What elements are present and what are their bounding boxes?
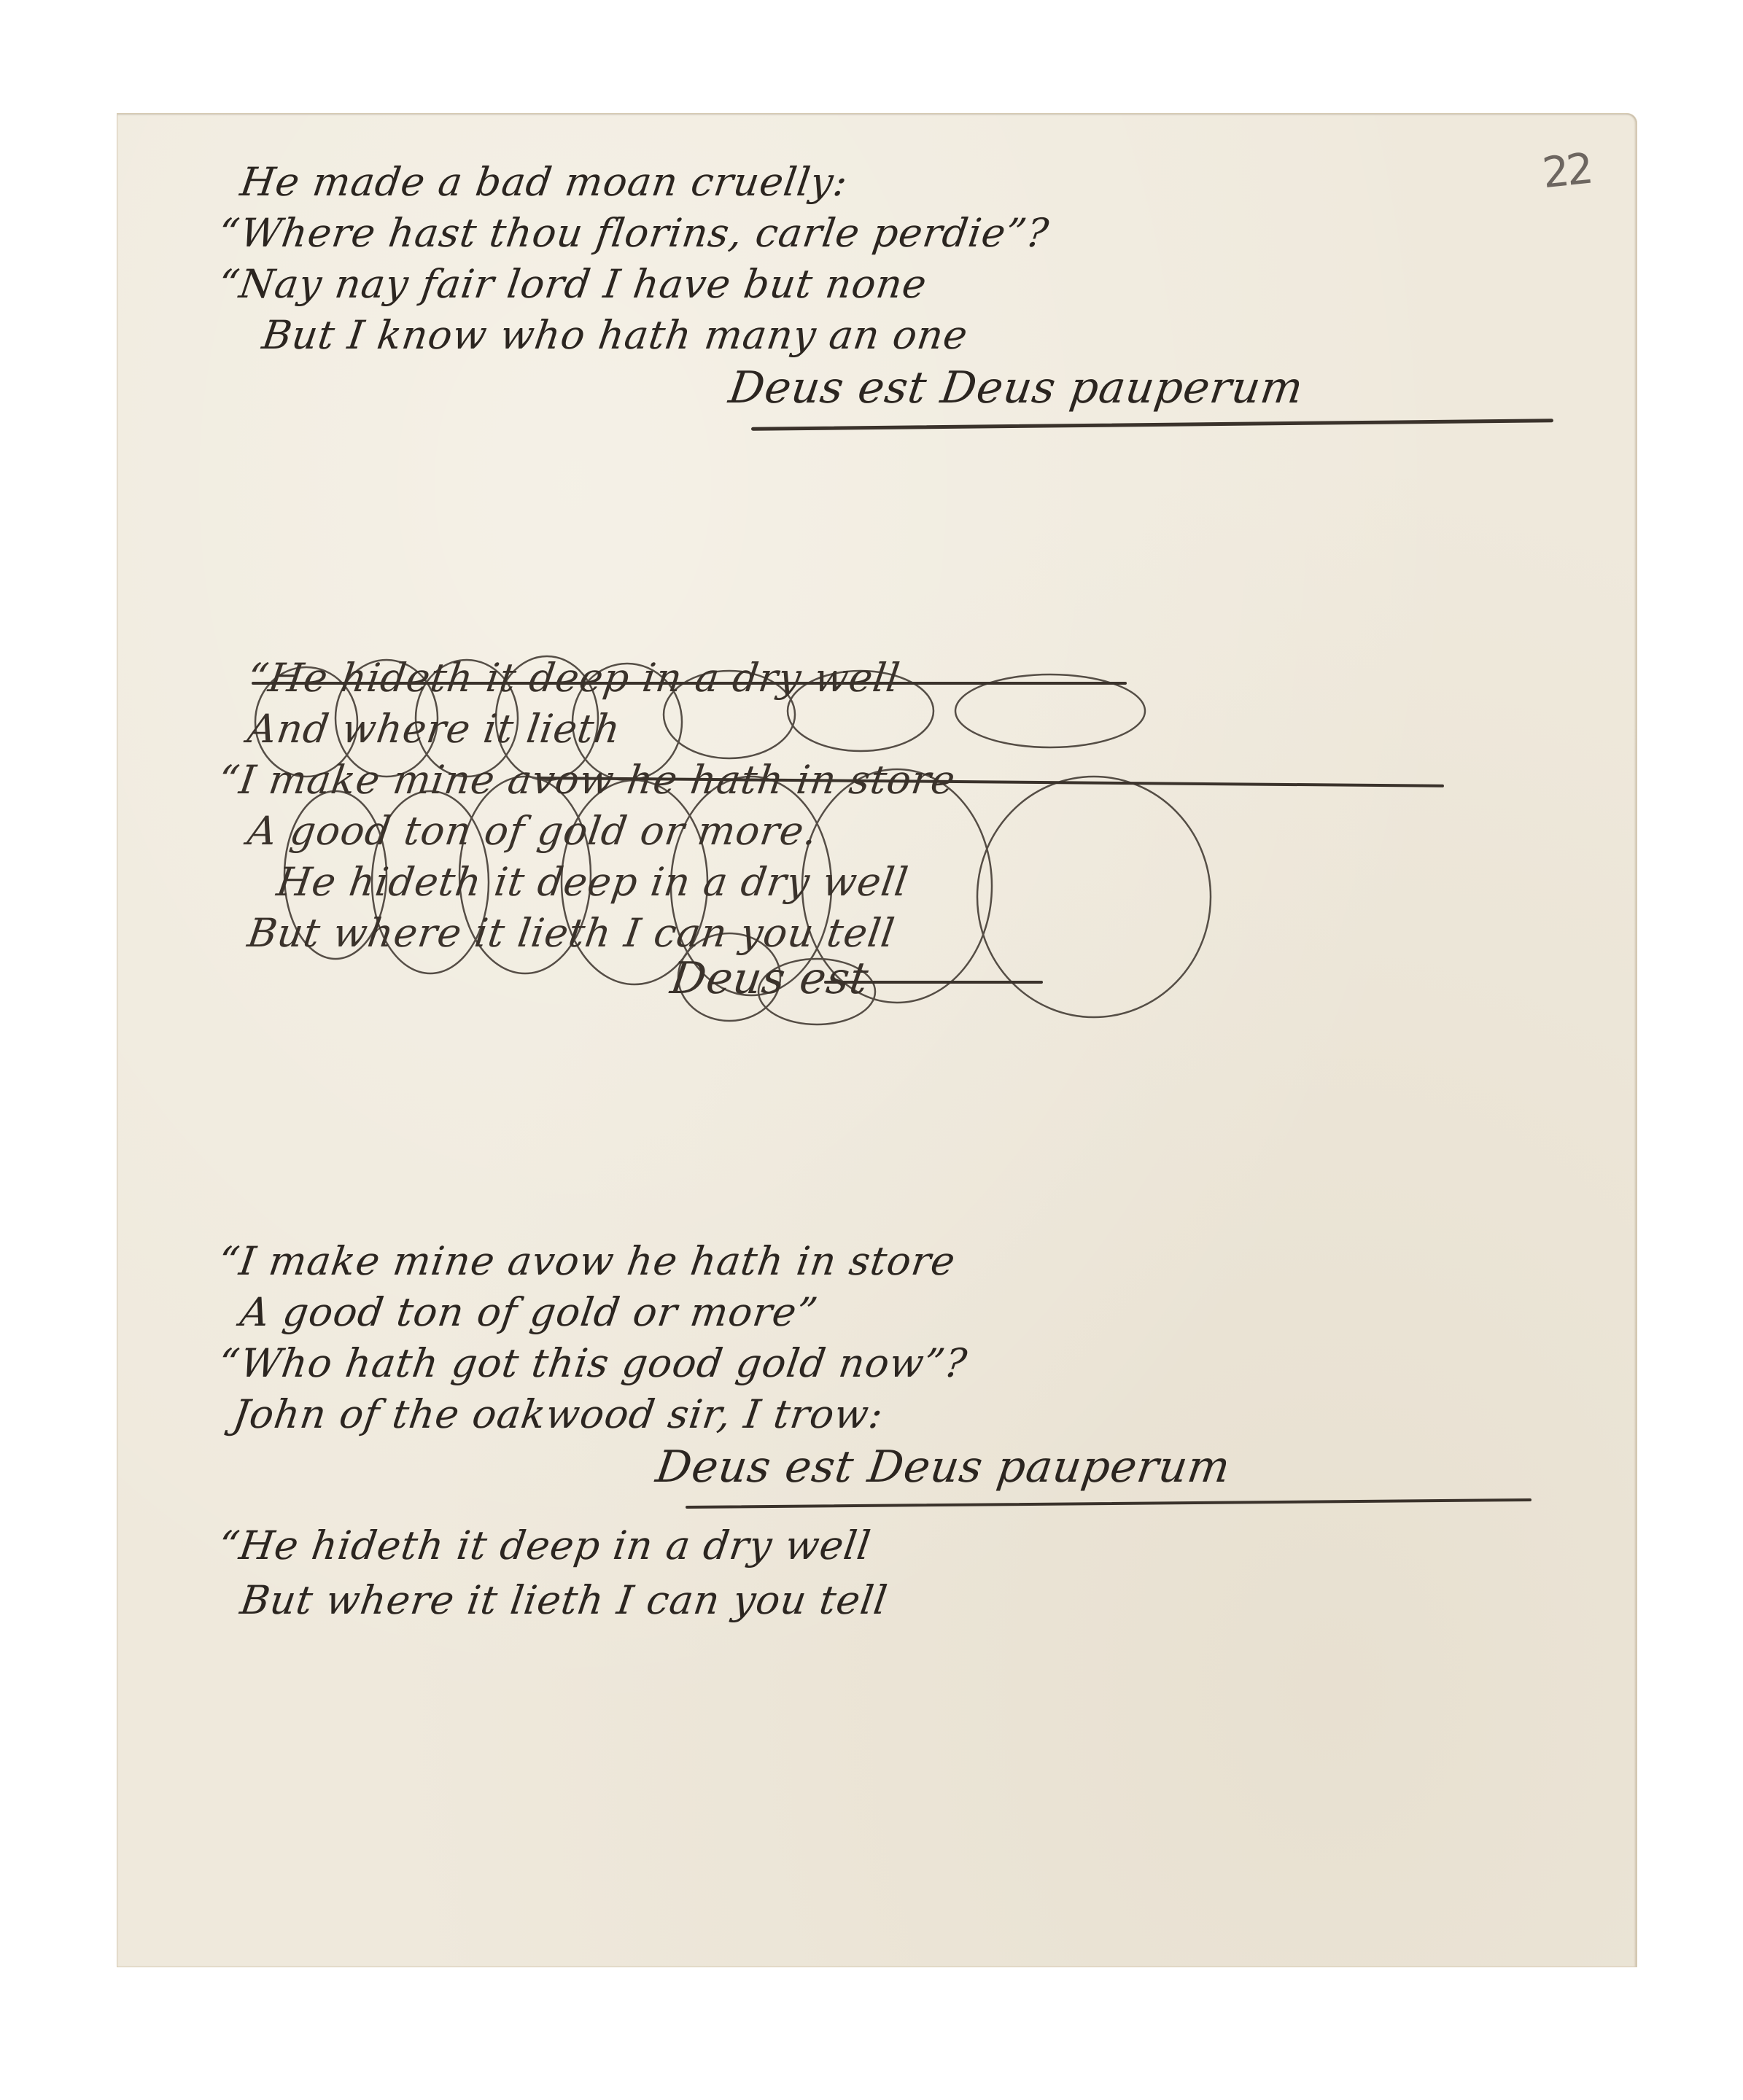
stanza3-line-3: “Who hath got this good gold now”? (216, 1342, 970, 1385)
cancellation-loops (0, 0, 1743, 2100)
stanza4-line-1: “He hideth it deep in a dry well (216, 1524, 874, 1568)
stanza3-line-1: “I make mine avow he hath in store (216, 1240, 958, 1283)
stanza4-line-2: But where it lieth I can you tell (238, 1579, 890, 1622)
stanza3-line-2: A good ton of gold or more” (238, 1291, 820, 1334)
stanza3-refrain: Deus est Deus pauperum (653, 1444, 1234, 1490)
stanza3-line-4: John of the oakwood sir, I trow: (230, 1393, 886, 1436)
